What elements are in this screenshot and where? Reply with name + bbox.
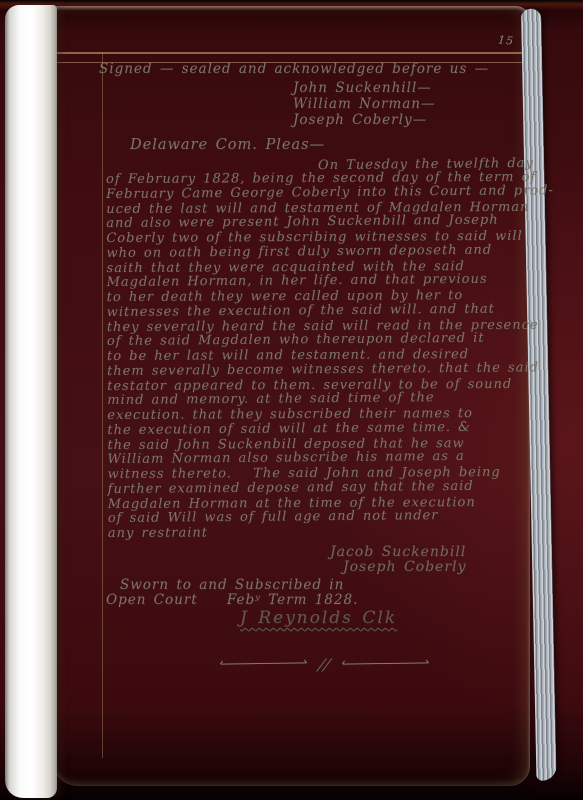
divider-slashes-icon: ∕∕ [317, 655, 333, 674]
deponent-signature-1: Jacob Suckenbill [330, 544, 466, 560]
record-book-photo: 15 Signed — sealed and acknowledged befo… [0, 0, 583, 800]
divider-line-right [343, 663, 428, 665]
clerk-signature: J Reynolds Clk [240, 608, 397, 628]
attest-clause-line-2: Open Court Febʸ Term 1828. [106, 592, 358, 608]
attestation-line: Signed — sealed and acknowledged before … [99, 61, 489, 77]
page-number: 15 [497, 33, 514, 47]
ruled-header-line-top [56, 52, 528, 54]
entry-divider: ∕∕ [221, 656, 428, 672]
margin-rule [102, 53, 103, 758]
record-body: of February 1828, being the second day o… [106, 171, 532, 542]
witness-signature: Joseph Coberly— [293, 112, 436, 128]
record-line: any restraint [108, 525, 532, 542]
witness-signature: John Suckenhill— [293, 80, 436, 96]
witness-signature: William Norman— [293, 96, 436, 112]
witness-signature-block: John Suckenhill—William Norman—Joseph Co… [293, 80, 436, 128]
divider-line-left [221, 663, 306, 665]
deponent-signature-2: Joseph Coberly [343, 559, 466, 575]
attest-clause-line-1: Sworn to and Subscribed in [120, 577, 344, 593]
court-heading: Delaware Com. Pleas— [130, 137, 325, 153]
facing-page-curl [5, 5, 57, 798]
